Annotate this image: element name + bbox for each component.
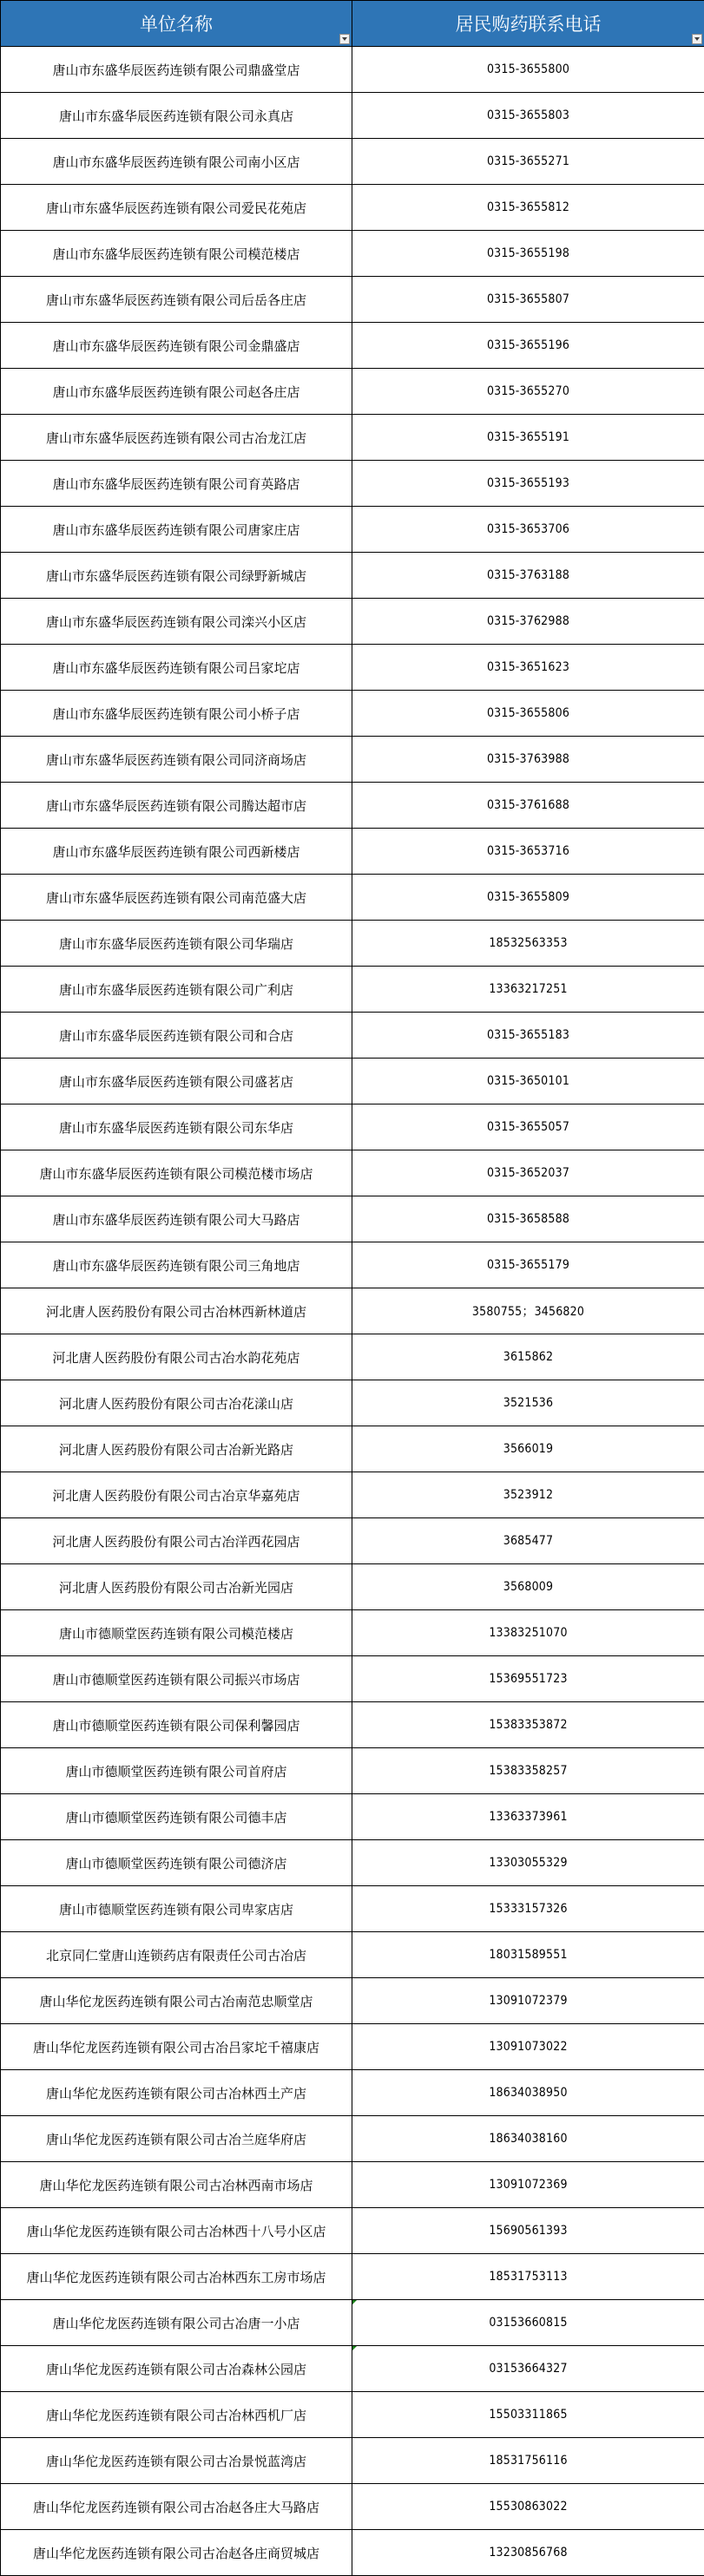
table-row: 唐山华佗龙医药连锁有限公司古冶森林公园店03153664327 — [1, 2346, 704, 2392]
phone-value: 0315-3655812 — [487, 200, 569, 214]
table-row: 唐山市东盛华辰医药连锁有限公司东华店0315-3655057 — [1, 1104, 704, 1150]
cell-phone[interactable]: 18634038950 — [352, 2070, 704, 2116]
phone-value: 18532563353 — [489, 936, 567, 950]
cell-phone[interactable]: 0315-3655803 — [352, 93, 704, 139]
phone-value: 0315-3655198 — [487, 246, 569, 260]
phone-value: 0315-3650101 — [487, 1074, 569, 1088]
cell-phone[interactable]: 13230856768 — [352, 2530, 704, 2576]
table-row: 唐山市东盛华辰医药连锁有限公司南小区店0315-3655271 — [1, 139, 704, 185]
cell-phone[interactable]: 3685477 — [352, 1518, 704, 1564]
cell-phone[interactable]: 0315-3651623 — [352, 645, 704, 691]
cell-phone[interactable]: 0315-3655057 — [352, 1104, 704, 1150]
cell-unit-name[interactable]: 唐山市东盛华辰医药连锁有限公司唐家庄店 — [1, 507, 352, 553]
cell-unit-name[interactable]: 唐山市德顺堂医药连锁有限公司德济店 — [1, 1840, 352, 1886]
cell-unit-name[interactable]: 唐山市东盛华辰医药连锁有限公司和合店 — [1, 1013, 352, 1059]
cell-unit-name[interactable]: 河北唐人医药股份有限公司古冶花漾山店 — [1, 1380, 352, 1426]
cell-phone[interactable]: 13383251070 — [352, 1610, 704, 1656]
cell-unit-name[interactable]: 唐山市东盛华辰医药连锁有限公司赵各庄店 — [1, 369, 352, 415]
table-row: 河北唐人医药股份有限公司古冶洋西花园店3685477 — [1, 1518, 704, 1564]
table-row: 唐山市东盛华辰医药连锁有限公司腾达超市店0315-3761688 — [1, 783, 704, 829]
pharmacy-contact-table: 单位名称 居民购药联系电话 唐山市东盛华辰医药连锁有限公司鼎盛堂店0315-36… — [0, 0, 704, 2576]
cell-unit-name[interactable]: 唐山市东盛华辰医药连锁有限公司金鼎盛店 — [1, 323, 352, 369]
cell-phone[interactable]: 15690561393 — [352, 2208, 704, 2254]
phone-value: 0315-3655807 — [487, 292, 569, 306]
cell-unit-name[interactable]: 河北唐人医药股份有限公司古冶新光路店 — [1, 1426, 352, 1472]
phone-value: 0315-3653706 — [487, 522, 569, 536]
filter-dropdown-button-phone[interactable] — [692, 34, 702, 44]
table-row: 唐山市东盛华辰医药连锁有限公司爱民花苑店0315-3655812 — [1, 185, 704, 231]
cell-unit-name[interactable]: 唐山华佗龙医药连锁有限公司古冶林西土产店 — [1, 2070, 352, 2116]
cell-phone[interactable]: 15383358257 — [352, 1748, 704, 1794]
cell-phone[interactable]: 0315-3653716 — [352, 829, 704, 875]
cell-phone[interactable]: 0315-3655196 — [352, 323, 704, 369]
column-header-phone-label: 居民购药联系电话 — [456, 14, 602, 35]
spreadsheet: 单位名称 居民购药联系电话 唐山市东盛华辰医药连锁有限公司鼎盛堂店0315-36… — [0, 0, 704, 2576]
phone-value: 18634038160 — [489, 2132, 567, 2146]
cell-phone[interactable]: 0315-3655812 — [352, 185, 704, 231]
cell-phone[interactable]: 3523912 — [352, 1472, 704, 1518]
cell-phone[interactable]: 0315-3655193 — [352, 461, 704, 507]
phone-value: 15383353872 — [489, 1718, 567, 1732]
cell-unit-name[interactable]: 唐山市东盛华辰医药连锁有限公司吕家坨店 — [1, 645, 352, 691]
cell-unit-name[interactable]: 河北唐人医药股份有限公司古冶洋西花园店 — [1, 1518, 352, 1564]
phone-value: 13363373961 — [489, 1810, 567, 1824]
table-row: 唐山市东盛华辰医药连锁有限公司西新楼店0315-3653716 — [1, 829, 704, 875]
table-row: 唐山市东盛华辰医药连锁有限公司赵各庄店0315-3655270 — [1, 369, 704, 415]
error-indicator-icon[interactable] — [352, 2300, 357, 2304]
phone-value: 0315-3655271 — [487, 154, 569, 168]
cell-phone[interactable]: 3615862 — [352, 1334, 704, 1380]
cell-phone[interactable]: 0315-3658588 — [352, 1196, 704, 1242]
cell-phone[interactable]: 0315-3655809 — [352, 875, 704, 921]
cell-phone[interactable]: 0315-3652037 — [352, 1150, 704, 1196]
cell-unit-name[interactable]: 唐山市东盛华辰医药连锁有限公司小桥子店 — [1, 691, 352, 737]
cell-phone[interactable]: 0315-3655270 — [352, 369, 704, 415]
cell-phone[interactable]: 13303055329 — [352, 1840, 704, 1886]
cell-unit-name[interactable]: 唐山市东盛华辰医药连锁有限公司鼎盛堂店 — [1, 47, 352, 93]
cell-phone[interactable]: 0315-3655198 — [352, 231, 704, 277]
table-row: 唐山市德顺堂医药连锁有限公司首府店15383358257 — [1, 1748, 704, 1794]
cell-unit-name[interactable]: 河北唐人医药股份有限公司古冶林西新林道店 — [1, 1288, 352, 1334]
table-row: 唐山市德顺堂医药连锁有限公司模范楼店13383251070 — [1, 1610, 704, 1656]
table-row: 唐山华佗龙医药连锁有限公司古冶南范忠顺堂店13091072379 — [1, 1978, 704, 2024]
phone-value: 0315-3763188 — [487, 568, 569, 582]
cell-unit-name[interactable]: 唐山市德顺堂医药连锁有限公司保利馨园店 — [1, 1702, 352, 1748]
cell-phone[interactable]: 3568009 — [352, 1564, 704, 1610]
table-row: 唐山华佗龙医药连锁有限公司古冶林西土产店18634038950 — [1, 2070, 704, 2116]
cell-phone[interactable]: 03153664327 — [352, 2346, 704, 2392]
table-body: 唐山市东盛华辰医药连锁有限公司鼎盛堂店0315-3655800唐山市东盛华辰医药… — [1, 47, 704, 2576]
phone-value: 13383251070 — [489, 1626, 567, 1640]
phone-value: 18531756116 — [489, 2454, 567, 2468]
cell-unit-name[interactable]: 唐山市东盛华辰医药连锁有限公司华瑞店 — [1, 921, 352, 967]
table-row: 唐山市东盛华辰医药连锁有限公司绿野新城店0315-3763188 — [1, 553, 704, 599]
cell-unit-name[interactable]: 唐山市东盛华辰医药连锁有限公司大马路店 — [1, 1196, 352, 1242]
column-header-name[interactable]: 单位名称 — [1, 1, 352, 47]
cell-unit-name[interactable]: 唐山市东盛华辰医药连锁有限公司模范楼市场店 — [1, 1150, 352, 1196]
table-row: 河北唐人医药股份有限公司古冶水韵花苑店3615862 — [1, 1334, 704, 1380]
cell-unit-name[interactable]: 唐山市东盛华辰医药连锁有限公司后岳各庄店 — [1, 277, 352, 323]
cell-phone[interactable]: 0315-3761688 — [352, 783, 704, 829]
cell-phone[interactable]: 18634038160 — [352, 2116, 704, 2162]
cell-phone[interactable]: 3580755；3456820 — [352, 1288, 704, 1334]
phone-value: 0315-3652037 — [487, 1166, 569, 1180]
phone-value: 0315-3655196 — [487, 338, 569, 352]
cell-unit-name[interactable]: 唐山市东盛华辰医药连锁有限公司南范盛大店 — [1, 875, 352, 921]
cell-unit-name[interactable]: 唐山华佗龙医药连锁有限公司古冶林西十八号小区店 — [1, 2208, 352, 2254]
cell-phone[interactable]: 18531756116 — [352, 2438, 704, 2484]
cell-unit-name[interactable]: 唐山市东盛华辰医药连锁有限公司广利店 — [1, 967, 352, 1013]
phone-value: 0315-3655057 — [487, 1120, 569, 1134]
phone-value: 3521536 — [503, 1396, 553, 1410]
phone-value: 13091073022 — [489, 2040, 567, 2054]
table-row: 唐山市东盛华辰医药连锁有限公司同济商场店0315-3763988 — [1, 737, 704, 783]
cell-phone[interactable]: 0315-3655807 — [352, 277, 704, 323]
cell-phone[interactable]: 0315-3655806 — [352, 691, 704, 737]
column-header-phone[interactable]: 居民购药联系电话 — [352, 1, 704, 47]
table-row: 唐山市东盛华辰医药连锁有限公司永真店0315-3655803 — [1, 93, 704, 139]
cell-unit-name[interactable]: 唐山市德顺堂医药连锁有限公司德丰店 — [1, 1794, 352, 1840]
cell-phone[interactable]: 0315-3653706 — [352, 507, 704, 553]
cell-phone[interactable]: 0315-3763188 — [352, 553, 704, 599]
cell-unit-name[interactable]: 唐山市东盛华辰医药连锁有限公司西新楼店 — [1, 829, 352, 875]
cell-phone[interactable]: 13091073022 — [352, 2024, 704, 2070]
cell-unit-name[interactable]: 唐山市东盛华辰医药连锁有限公司模范楼店 — [1, 231, 352, 277]
phone-value: 15503311865 — [489, 2408, 567, 2422]
phone-value: 15690561393 — [489, 2224, 567, 2238]
phone-value: 0315-3762988 — [487, 614, 569, 628]
table-row: 唐山华佗龙医药连锁有限公司古冶林西东工房市场店18531753113 — [1, 2254, 704, 2300]
cell-unit-name[interactable]: 唐山华佗龙医药连锁有限公司古冶林西东工房市场店 — [1, 2254, 352, 2300]
cell-unit-name[interactable]: 唐山华佗龙医药连锁有限公司古冶赵各庄商贸城店 — [1, 2530, 352, 2576]
table-row: 河北唐人医药股份有限公司古冶花漾山店3521536 — [1, 1380, 704, 1426]
cell-unit-name[interactable]: 唐山市东盛华辰医药连锁有限公司育英路店 — [1, 461, 352, 507]
table-row: 唐山市德顺堂医药连锁有限公司德济店13303055329 — [1, 1840, 704, 1886]
cell-phone[interactable]: 15333157326 — [352, 1886, 704, 1932]
cell-unit-name[interactable]: 河北唐人医药股份有限公司古冶新光园店 — [1, 1564, 352, 1610]
table-row: 唐山市东盛华辰医药连锁有限公司古冶龙江店0315-3655191 — [1, 415, 704, 461]
phone-value: 3523912 — [503, 1488, 553, 1502]
cell-phone[interactable]: 15383353872 — [352, 1702, 704, 1748]
table-row: 唐山市德顺堂医药连锁有限公司保利馨园店15383353872 — [1, 1702, 704, 1748]
cell-unit-name[interactable]: 唐山市东盛华辰医药连锁有限公司永真店 — [1, 93, 352, 139]
cell-phone[interactable]: 13091072369 — [352, 2162, 704, 2208]
cell-unit-name[interactable]: 唐山市德顺堂医药连锁有限公司振兴市场店 — [1, 1656, 352, 1702]
cell-phone[interactable]: 18532563353 — [352, 921, 704, 967]
table-row: 唐山市德顺堂医药连锁有限公司振兴市场店15369551723 — [1, 1656, 704, 1702]
table-row: 唐山市德顺堂医药连锁有限公司卑家店店15333157326 — [1, 1886, 704, 1932]
phone-value: 18031589551 — [489, 1948, 567, 1962]
table-row: 唐山市东盛华辰医药连锁有限公司滦兴小区店0315-3762988 — [1, 599, 704, 645]
cell-unit-name[interactable]: 唐山市德顺堂医药连锁有限公司卑家店店 — [1, 1886, 352, 1932]
table-row: 北京同仁堂唐山连锁药店有限责任公司古冶店18031589551 — [1, 1932, 704, 1978]
phone-value: 3566019 — [503, 1442, 553, 1456]
table-row: 唐山市东盛华辰医药连锁有限公司和合店0315-3655183 — [1, 1013, 704, 1059]
table-row: 唐山市东盛华辰医药连锁有限公司唐家庄店0315-3653706 — [1, 507, 704, 553]
cell-unit-name[interactable]: 唐山市德顺堂医药连锁有限公司首府店 — [1, 1748, 352, 1794]
table-row: 唐山市东盛华辰医药连锁有限公司后岳各庄店0315-3655807 — [1, 277, 704, 323]
phone-value: 0315-3655179 — [487, 1258, 569, 1272]
cell-phone[interactable]: 0315-3655179 — [352, 1242, 704, 1288]
cell-phone[interactable]: 03153660815 — [352, 2300, 704, 2346]
cell-unit-name[interactable]: 唐山市东盛华辰医药连锁有限公司绿野新城店 — [1, 553, 352, 599]
cell-unit-name[interactable]: 唐山华佗龙医药连锁有限公司古冶吕家坨千禧康店 — [1, 2024, 352, 2070]
cell-unit-name[interactable]: 唐山华佗龙医药连锁有限公司古冶林西机厂店 — [1, 2392, 352, 2438]
phone-value: 15369551723 — [489, 1672, 567, 1686]
cell-phone[interactable]: 0315-3655183 — [352, 1013, 704, 1059]
cell-phone[interactable]: 3566019 — [352, 1426, 704, 1472]
cell-unit-name[interactable]: 唐山华佗龙医药连锁有限公司古冶兰庭华府店 — [1, 2116, 352, 2162]
table-row: 河北唐人医药股份有限公司古冶新光园店3568009 — [1, 1564, 704, 1610]
phone-value: 0315-3655803 — [487, 108, 569, 122]
cell-unit-name[interactable]: 北京同仁堂唐山连锁药店有限责任公司古冶店 — [1, 1932, 352, 1978]
cell-phone[interactable]: 13363217251 — [352, 967, 704, 1013]
cell-unit-name[interactable]: 河北唐人医药股份有限公司古冶京华嘉苑店 — [1, 1472, 352, 1518]
cell-unit-name[interactable]: 唐山市东盛华辰医药连锁有限公司三角地店 — [1, 1242, 352, 1288]
phone-value: 03153660815 — [489, 2316, 567, 2330]
table-row: 唐山市东盛华辰医药连锁有限公司广利店13363217251 — [1, 967, 704, 1013]
table-row: 唐山市东盛华辰医药连锁有限公司三角地店0315-3655179 — [1, 1242, 704, 1288]
table-row: 唐山华佗龙医药连锁有限公司古冶吕家坨千禧康店13091073022 — [1, 2024, 704, 2070]
phone-value: 13303055329 — [489, 1856, 567, 1870]
phone-value: 3685477 — [503, 1534, 553, 1548]
error-indicator-icon[interactable] — [352, 2346, 357, 2350]
cell-unit-name[interactable]: 唐山华佗龙医药连锁有限公司古冶森林公园店 — [1, 2346, 352, 2392]
phone-value: 3568009 — [503, 1580, 553, 1594]
column-header-name-label: 单位名称 — [140, 14, 213, 35]
table-row: 唐山市东盛华辰医药连锁有限公司模范楼市场店0315-3652037 — [1, 1150, 704, 1196]
phone-value: 0315-3655800 — [487, 62, 569, 76]
table-row: 河北唐人医药股份有限公司古冶新光路店3566019 — [1, 1426, 704, 1472]
cell-unit-name[interactable]: 唐山市东盛华辰医药连锁有限公司古冶龙江店 — [1, 415, 352, 461]
table-row: 唐山华佗龙医药连锁有限公司古冶赵各庄商贸城店13230856768 — [1, 2530, 704, 2576]
phone-value: 0315-3651623 — [487, 660, 569, 674]
cell-phone[interactable]: 0315-3650101 — [352, 1059, 704, 1104]
chevron-down-icon — [342, 37, 347, 41]
cell-phone[interactable]: 0315-3763988 — [352, 737, 704, 783]
phone-value: 13091072379 — [489, 1994, 567, 2008]
cell-phone[interactable]: 18031589551 — [352, 1932, 704, 1978]
table-row: 唐山华佗龙医药连锁有限公司古冶唐一小店03153660815 — [1, 2300, 704, 2346]
cell-unit-name[interactable]: 河北唐人医药股份有限公司古冶水韵花苑店 — [1, 1334, 352, 1380]
chevron-down-icon — [694, 37, 700, 41]
table-row: 唐山市东盛华辰医药连锁有限公司鼎盛堂店0315-3655800 — [1, 47, 704, 93]
table-row: 唐山华佗龙医药连锁有限公司古冶赵各庄大马路店15530863022 — [1, 2484, 704, 2530]
phone-value: 18634038950 — [489, 2086, 567, 2100]
table-row: 唐山市东盛华辰医药连锁有限公司大马路店0315-3658588 — [1, 1196, 704, 1242]
cell-unit-name[interactable]: 唐山华佗龙医药连锁有限公司古冶南范忠顺堂店 — [1, 1978, 352, 2024]
phone-value: 13230856768 — [489, 2546, 567, 2560]
table-row: 唐山华佗龙医药连锁有限公司古冶景悦蓝湾店18531756116 — [1, 2438, 704, 2484]
table-row: 唐山市东盛华辰医药连锁有限公司南范盛大店0315-3655809 — [1, 875, 704, 921]
phone-value: 3580755；3456820 — [472, 1305, 584, 1319]
phone-value: 03153664327 — [489, 2362, 567, 2376]
cell-unit-name[interactable]: 唐山市德顺堂医药连锁有限公司模范楼店 — [1, 1610, 352, 1656]
cell-phone[interactable]: 15503311865 — [352, 2392, 704, 2438]
cell-phone[interactable]: 0315-3655191 — [352, 415, 704, 461]
phone-value: 0315-3655809 — [487, 890, 569, 904]
phone-value: 0315-3655191 — [487, 430, 569, 444]
cell-phone[interactable]: 15530863022 — [352, 2484, 704, 2530]
table-row: 唐山市东盛华辰医药连锁有限公司华瑞店18532563353 — [1, 921, 704, 967]
cell-unit-name[interactable]: 唐山市东盛华辰医药连锁有限公司腾达超市店 — [1, 783, 352, 829]
phone-value: 0315-3655193 — [487, 476, 569, 490]
table-row: 唐山华佗龙医药连锁有限公司古冶林西南市场店13091072369 — [1, 2162, 704, 2208]
phone-value: 3615862 — [503, 1350, 553, 1364]
cell-phone[interactable]: 0315-3655271 — [352, 139, 704, 185]
cell-unit-name[interactable]: 唐山华佗龙医药连锁有限公司古冶林西南市场店 — [1, 2162, 352, 2208]
cell-unit-name[interactable]: 唐山市东盛华辰医药连锁有限公司盛茗店 — [1, 1059, 352, 1104]
cell-unit-name[interactable]: 唐山市东盛华辰医药连锁有限公司南小区店 — [1, 139, 352, 185]
table-row: 唐山华佗龙医药连锁有限公司古冶林西十八号小区店15690561393 — [1, 2208, 704, 2254]
table-row: 唐山市东盛华辰医药连锁有限公司育英路店0315-3655193 — [1, 461, 704, 507]
phone-value: 18531753113 — [489, 2270, 567, 2284]
table-row: 河北唐人医药股份有限公司古冶林西新林道店3580755；3456820 — [1, 1288, 704, 1334]
cell-unit-name[interactable]: 唐山华佗龙医药连锁有限公司古冶唐一小店 — [1, 2300, 352, 2346]
table-row: 唐山市东盛华辰医药连锁有限公司盛茗店0315-3650101 — [1, 1059, 704, 1104]
table-row: 唐山市东盛华辰医药连锁有限公司模范楼店0315-3655198 — [1, 231, 704, 277]
table-row: 河北唐人医药股份有限公司古冶京华嘉苑店3523912 — [1, 1472, 704, 1518]
phone-value: 0315-3655183 — [487, 1028, 569, 1042]
table-row: 唐山市东盛华辰医药连锁有限公司吕家坨店0315-3651623 — [1, 645, 704, 691]
cell-phone[interactable]: 0315-3655800 — [352, 47, 704, 93]
cell-phone[interactable]: 18531753113 — [352, 2254, 704, 2300]
table-row: 唐山市德顺堂医药连锁有限公司德丰店13363373961 — [1, 1794, 704, 1840]
header-row: 单位名称 居民购药联系电话 — [1, 1, 704, 47]
cell-unit-name[interactable]: 唐山市东盛华辰医药连锁有限公司同济商场店 — [1, 737, 352, 783]
phone-value: 0315-3653716 — [487, 844, 569, 858]
phone-value: 15383358257 — [489, 1764, 567, 1778]
table-row: 唐山市东盛华辰医药连锁有限公司小桥子店0315-3655806 — [1, 691, 704, 737]
table-row: 唐山市东盛华辰医药连锁有限公司金鼎盛店0315-3655196 — [1, 323, 704, 369]
table-row: 唐山华佗龙医药连锁有限公司古冶兰庭华府店18634038160 — [1, 2116, 704, 2162]
cell-phone[interactable]: 15369551723 — [352, 1656, 704, 1702]
cell-unit-name[interactable]: 唐山市东盛华辰医药连锁有限公司爱民花苑店 — [1, 185, 352, 231]
cell-unit-name[interactable]: 唐山市东盛华辰医药连锁有限公司东华店 — [1, 1104, 352, 1150]
table-row: 唐山华佗龙医药连锁有限公司古冶林西机厂店15503311865 — [1, 2392, 704, 2438]
phone-value: 13091072369 — [489, 2178, 567, 2192]
phone-value: 0315-3655806 — [487, 706, 569, 720]
cell-phone[interactable]: 13363373961 — [352, 1794, 704, 1840]
cell-unit-name[interactable]: 唐山华佗龙医药连锁有限公司古冶赵各庄大马路店 — [1, 2484, 352, 2530]
cell-phone[interactable]: 13091072379 — [352, 1978, 704, 2024]
phone-value: 15333157326 — [489, 1902, 567, 1916]
phone-value: 13363217251 — [489, 982, 567, 996]
filter-dropdown-button-name[interactable] — [339, 34, 350, 44]
phone-value: 0315-3763988 — [487, 752, 569, 766]
cell-unit-name[interactable]: 唐山华佗龙医药连锁有限公司古冶景悦蓝湾店 — [1, 2438, 352, 2484]
cell-unit-name[interactable]: 唐山市东盛华辰医药连锁有限公司滦兴小区店 — [1, 599, 352, 645]
cell-phone[interactable]: 3521536 — [352, 1380, 704, 1426]
cell-phone[interactable]: 0315-3762988 — [352, 599, 704, 645]
phone-value: 0315-3658588 — [487, 1212, 569, 1226]
phone-value: 0315-3655270 — [487, 384, 569, 398]
phone-value: 15530863022 — [489, 2500, 567, 2514]
phone-value: 0315-3761688 — [487, 798, 569, 812]
